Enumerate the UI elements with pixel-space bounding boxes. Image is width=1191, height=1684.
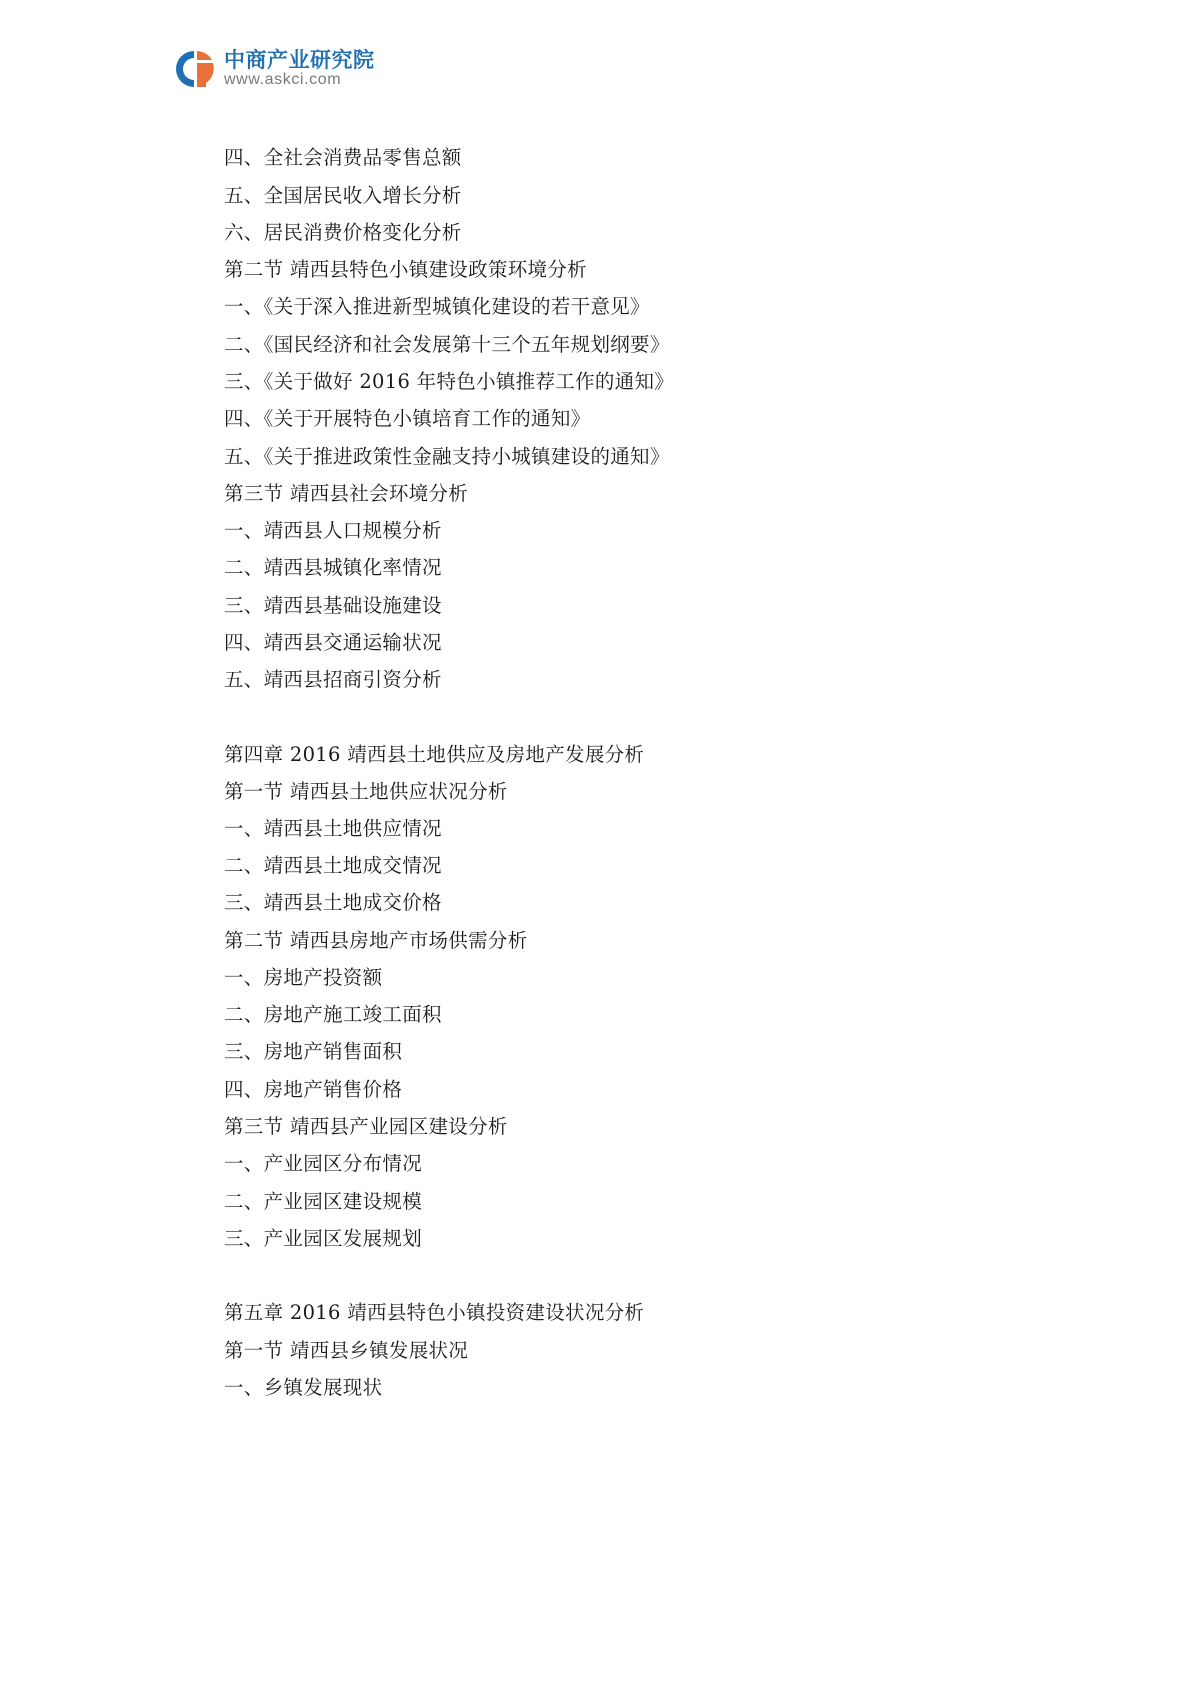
toc-item-line: 一、乡镇发展现状 (224, 1375, 382, 1401)
toc-item-line: 五、全国居民收入增长分析 (224, 183, 462, 209)
toc-section-line: 第三节 靖西县社会环境分析 (224, 481, 468, 507)
toc-item-line: 一、靖西县人口规模分析 (224, 518, 442, 544)
toc-item-line: 三、靖西县土地成交价格 (224, 890, 442, 916)
toc-item-line: 三、产业园区发展规划 (224, 1226, 422, 1252)
toc-item-line: 二、房地产施工竣工面积 (224, 1002, 442, 1028)
toc-item-line: 一、产业园区分布情况 (224, 1151, 422, 1177)
logo-url: www.askci.com (224, 72, 375, 88)
toc-item-line: 四、房地产销售价格 (224, 1077, 402, 1103)
toc-item-line: 二、靖西县城镇化率情况 (224, 555, 442, 581)
toc-section-line: 第一节 靖西县乡镇发展状况 (224, 1338, 468, 1364)
toc-item-line: 四、靖西县交通运输状况 (224, 630, 442, 656)
toc-item-line: 三、房地产销售面积 (224, 1039, 402, 1065)
toc-item-line: 五、靖西县招商引资分析 (224, 667, 442, 693)
toc-item-line: 六、居民消费价格变化分析 (224, 220, 462, 246)
toc-item-line: 四、《关于开展特色小镇培育工作的通知》 (224, 406, 590, 432)
toc-section-line: 第二节 靖西县房地产市场供需分析 (224, 928, 528, 954)
toc-item-line: 三、《关于做好 2016 年特色小镇推荐工作的通知》 (224, 369, 674, 395)
toc-section-line: 第一节 靖西县土地供应状况分析 (224, 779, 508, 805)
toc-chapter-line: 第五章 2016 靖西县特色小镇投资建设状况分析 (224, 1300, 644, 1326)
toc-chapter-line: 第四章 2016 靖西县土地供应及房地产发展分析 (224, 742, 644, 768)
toc-item-line: 二、靖西县土地成交情况 (224, 853, 442, 879)
toc-item-line: 一、靖西县土地供应情况 (224, 816, 442, 842)
toc-item-line: 五、《关于推进政策性金融支持小城镇建设的通知》 (224, 444, 670, 470)
toc-item-line: 三、靖西县基础设施建设 (224, 593, 442, 619)
header-logo: 中商产业研究院 www.askci.com (172, 47, 375, 91)
toc-section-line: 第二节 靖西县特色小镇建设政策环境分析 (224, 257, 587, 283)
toc-item-line: 四、全社会消费品零售总额 (224, 145, 462, 171)
toc-item-line: 一、房地产投资额 (224, 965, 382, 991)
logo-title: 中商产业研究院 (224, 50, 375, 71)
toc-section-line: 第三节 靖西县产业园区建设分析 (224, 1114, 508, 1140)
askci-logo-icon (172, 49, 218, 89)
toc-item-line: 二、产业园区建设规模 (224, 1189, 422, 1215)
toc-item-line: 一、《关于深入推进新型城镇化建设的若干意见》 (224, 294, 650, 320)
toc-item-line: 二、《国民经济和社会发展第十三个五年规划纲要》 (224, 332, 670, 358)
logo-text: 中商产业研究院 www.askci.com (224, 50, 375, 88)
